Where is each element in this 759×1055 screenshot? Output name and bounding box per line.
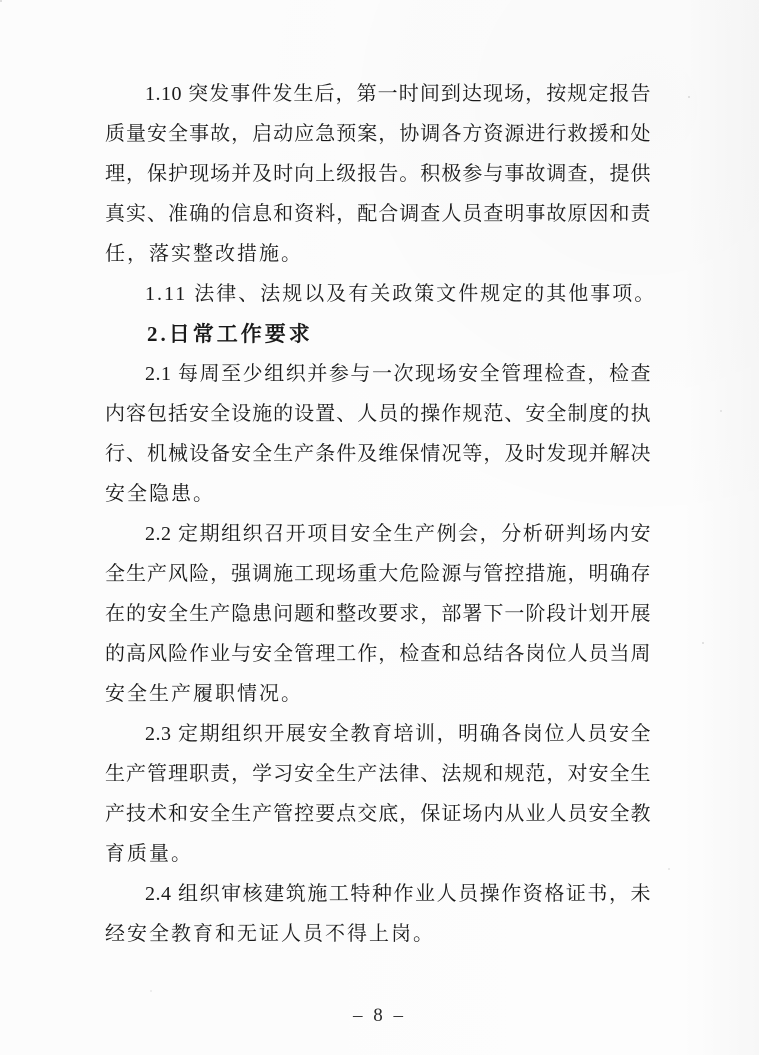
para-1-11: 1.11 法律、法规以及有关政策文件规定的其他事项。: [105, 274, 651, 314]
text-line: 内容包括安全设施的设置、人员的操作规范、安全制度的执: [105, 394, 651, 434]
page-footer: – 8 –: [0, 996, 759, 1036]
text-line: 理，保护现场并及时向上级报告。积极参与事故调查，提供: [105, 154, 651, 194]
text-line: 生产管理职责，学习安全生产法律、法规和规范，对安全生: [105, 754, 651, 794]
text-line: 质量安全事故，启动应急预案，协调各方资源进行救援和处: [105, 114, 651, 154]
text-line: 在的安全生产隐患问题和整改要求，部署下一阶段计划开展: [105, 594, 651, 634]
text-line: 行、机械设备安全生产条件及维保情况等，及时发现并解决: [105, 434, 651, 474]
para-2-1: 2.1 每周至少组织并参与一次现场安全管理检查，检查内容包括安全设施的设置、人员…: [105, 354, 651, 514]
heading-2-daily-work-requirements: 2.日常工作要求: [105, 314, 651, 354]
page-number: – 8 –: [353, 1005, 406, 1026]
text-line: 1.10 突发事件发生后，第一时间到达现场，按规定报告: [105, 74, 651, 114]
text-line: 2.3 定期组织开展安全教育培训，明确各岗位人员安全: [105, 714, 651, 754]
text-line: 全生产风险，强调施工现场重大危险源与管控措施，明确存: [105, 554, 651, 594]
text-line: 的高风险作业与安全管理工作，检查和总结各岗位人员当周: [105, 634, 651, 674]
text-line: 2.日常工作要求: [105, 314, 651, 354]
text-line: 经安全教育和无证人员不得上岗。: [105, 914, 651, 954]
text-line: 育质量。: [105, 834, 651, 874]
text-line: 安全生产履职情况。: [105, 674, 651, 714]
text-line: 2.2 定期组织召开项目安全生产例会，分析研判场内安: [105, 514, 651, 554]
para-2-2: 2.2 定期组织召开项目安全生产例会，分析研判场内安全生产风险，强调施工现场重大…: [105, 514, 651, 714]
text-line: 2.4 组织审核建筑施工特种作业人员操作资格证书，未: [105, 874, 651, 914]
text-line: 真实、准确的信息和资料，配合调查人员查明事故原因和责: [105, 194, 651, 234]
document-page: 1.10 突发事件发生后，第一时间到达现场，按规定报告质量安全事故，启动应急预案…: [0, 0, 759, 1055]
para-2-3: 2.3 定期组织开展安全教育培训，明确各岗位人员安全生产管理职责，学习安全生产法…: [105, 714, 651, 874]
para-1-10: 1.10 突发事件发生后，第一时间到达现场，按规定报告质量安全事故，启动应急预案…: [105, 74, 651, 274]
text-line: 1.11 法律、法规以及有关政策文件规定的其他事项。: [105, 274, 651, 314]
text-line: 安全隐患。: [105, 474, 651, 514]
text-line: 任，落实整改措施。: [105, 234, 651, 274]
text-line: 2.1 每周至少组织并参与一次现场安全管理检查，检查: [105, 354, 651, 394]
document-body: 1.10 突发事件发生后，第一时间到达现场，按规定报告质量安全事故，启动应急预案…: [105, 74, 651, 954]
text-line: 产技术和安全生产管控要点交底，保证场内从业人员安全教: [105, 794, 651, 834]
para-2-4: 2.4 组织审核建筑施工特种作业人员操作资格证书，未经安全教育和无证人员不得上岗…: [105, 874, 651, 954]
